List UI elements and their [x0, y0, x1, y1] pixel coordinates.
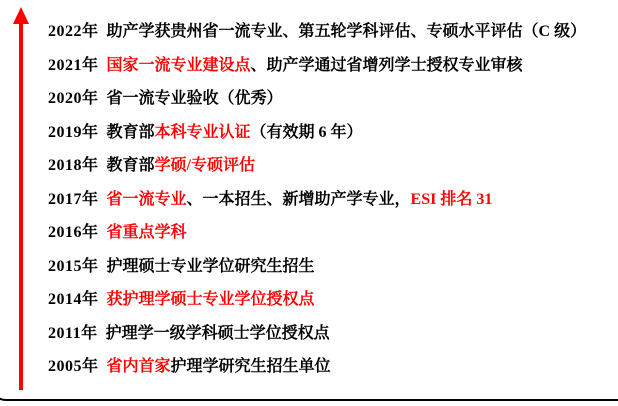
timeline-year: 2015年 — [48, 250, 99, 284]
timeline-item: 2005年省内首家护理学研究生招生单位 — [48, 350, 614, 384]
timeline-text-segment: 、一本招生、新增助产学专业， — [187, 191, 411, 208]
timeline-text-segment: 、助产学通过省增列学士授权专业审核 — [251, 57, 523, 74]
timeline-item: 2011年护理学一级学科硕士学位授权点 — [48, 317, 614, 351]
timeline-slide: 2022年助产学获贵州省一流专业、第五轮学科评估、专硕水平评估（C 级）2021… — [0, 0, 618, 406]
timeline-year: 2021年 — [48, 49, 99, 83]
timeline-text-segment: 获护理学硕士专业学位授权点 — [107, 291, 315, 308]
timeline-year: 2011年 — [48, 317, 98, 351]
timeline-year: 2018年 — [48, 149, 99, 183]
timeline-text-segment: 本科专业认证 — [155, 124, 251, 141]
timeline-year: 2022年 — [48, 15, 99, 49]
timeline-text-segment: 省一流专业验收（优秀） — [107, 90, 283, 107]
timeline-year: 2019年 — [48, 116, 99, 150]
timeline-year: 2017年 — [48, 183, 99, 217]
timeline-text-segment: 省重点学科 — [107, 224, 187, 241]
timeline-text-segment: 护理学一级学科硕士学位授权点 — [106, 325, 330, 342]
timeline-item: 2017年省一流专业、一本招生、新增助产学专业，ESI 排名 31 — [48, 183, 614, 217]
timeline-list: 2022年助产学获贵州省一流专业、第五轮学科评估、专硕水平评估（C 级）2021… — [48, 15, 614, 384]
timeline-item: 2015年护理硕士专业学位研究生招生 — [48, 250, 614, 284]
timeline-text-segment: 教育部 — [107, 124, 155, 141]
timeline-text-segment: 省一流专业 — [107, 191, 187, 208]
timeline-text-segment: （有效期 6 年） — [251, 124, 363, 141]
timeline-item: 2014年获护理学硕士专业学位授权点 — [48, 283, 614, 317]
timeline-year: 2014年 — [48, 283, 99, 317]
timeline-item: 2022年助产学获贵州省一流专业、第五轮学科评估、专硕水平评估（C 级） — [48, 15, 614, 49]
timeline-text-segment: 学硕/专硕评估 — [155, 157, 255, 174]
timeline-year: 2016年 — [48, 216, 99, 250]
timeline-text-segment: ESI 排名 31 — [411, 191, 493, 208]
timeline-text-segment: 教育部 — [107, 157, 155, 174]
timeline-year: 2005年 — [48, 350, 99, 384]
timeline-item: 2016年省重点学科 — [48, 216, 614, 250]
timeline-text-segment: 省内首家 — [107, 358, 171, 375]
timeline-item: 2021年国家一流专业建设点、助产学通过省增列学士授权专业审核 — [48, 49, 614, 83]
timeline-item: 2020年省一流专业验收（优秀） — [48, 82, 614, 116]
timeline-text-segment: 护理硕士专业学位研究生招生 — [107, 258, 315, 275]
arrow-shaft — [19, 20, 23, 390]
timeline-item: 2018年教育部学硕/专硕评估 — [48, 149, 614, 183]
timeline-year: 2020年 — [48, 82, 99, 116]
timeline-text-segment: 助产学获贵州省一流专业、第五轮学科评估、专硕水平评估（C 级） — [107, 23, 587, 40]
timeline-item: 2019年教育部本科专业认证（有效期 6 年） — [48, 116, 614, 150]
timeline-text-segment: 护理学研究生招生单位 — [171, 358, 331, 375]
timeline-text-segment: 国家一流专业建设点 — [107, 57, 251, 74]
